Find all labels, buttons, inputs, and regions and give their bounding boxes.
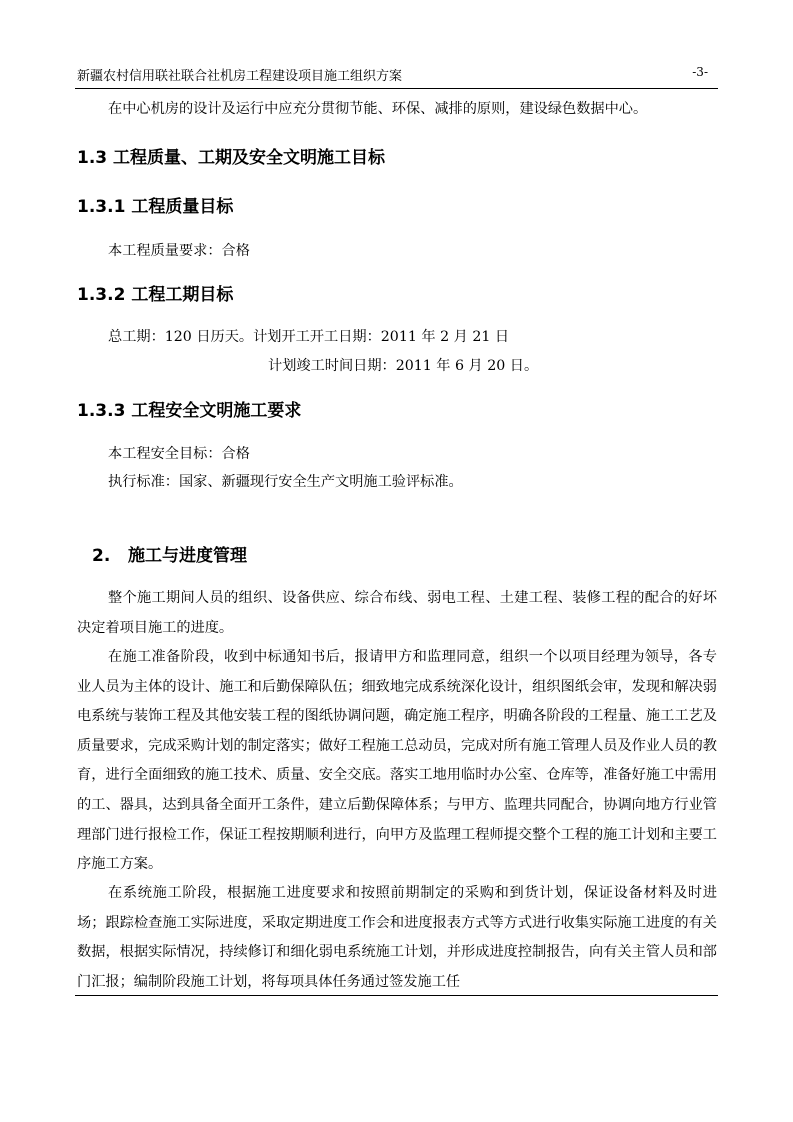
heading-1-3-1: 1.3.1 工程质量目标 (77, 192, 233, 217)
footer-divider (75, 995, 718, 996)
header-divider (75, 88, 718, 89)
document-title: 新疆农村信用联社联合社机房工程建设项目施工组织方案 (77, 65, 402, 84)
page-number: -3- (692, 65, 708, 79)
heading-1-3-2: 1.3.2 工程工期目标 (77, 280, 233, 305)
page-header: 新疆农村信用联社联合社机房工程建设项目施工组织方案 -3- (77, 63, 716, 83)
schedule-start: 总工期：120 日历天。计划开工开工日期：2011 年 2 月 21 日 (108, 326, 509, 346)
intro-paragraph: 在中心机房的设计及运行中应充分贯彻节能、环保、减排的原则，建设绿色数据中心。 (108, 98, 647, 118)
safety-target: 本工程安全目标：合格 (108, 443, 250, 463)
paragraph: 在系统施工阶段，根据施工进度要求和按照前期制定的采购和到货计划，保证设备材料及时… (77, 879, 717, 997)
schedule-end: 计划竣工时间日期：2011 年 6 月 20 日。 (268, 355, 538, 375)
heading-1-3: 1.3 工程质量、工期及安全文明施工目标 (77, 143, 385, 168)
heading-section-2: 2.施工与进度管理 (92, 541, 247, 566)
quality-requirement: 本工程质量要求：合格 (108, 240, 250, 260)
section-title: 施工与进度管理 (128, 546, 247, 566)
safety-standard: 执行标准：国家、新疆现行安全生产文明施工验评标准。 (108, 471, 463, 491)
paragraph: 在施工准备阶段，收到中标通知书后，报请甲方和监理同意，组织一个以项目经理为领导，… (77, 643, 717, 880)
paragraph: 整个施工期间人员的组织、设备供应、综合布线、弱电工程、土建工程、装修工程的配合的… (77, 584, 717, 643)
section-number: 2. (92, 546, 128, 566)
heading-1-3-3: 1.3.3 工程安全文明施工要求 (77, 396, 301, 421)
